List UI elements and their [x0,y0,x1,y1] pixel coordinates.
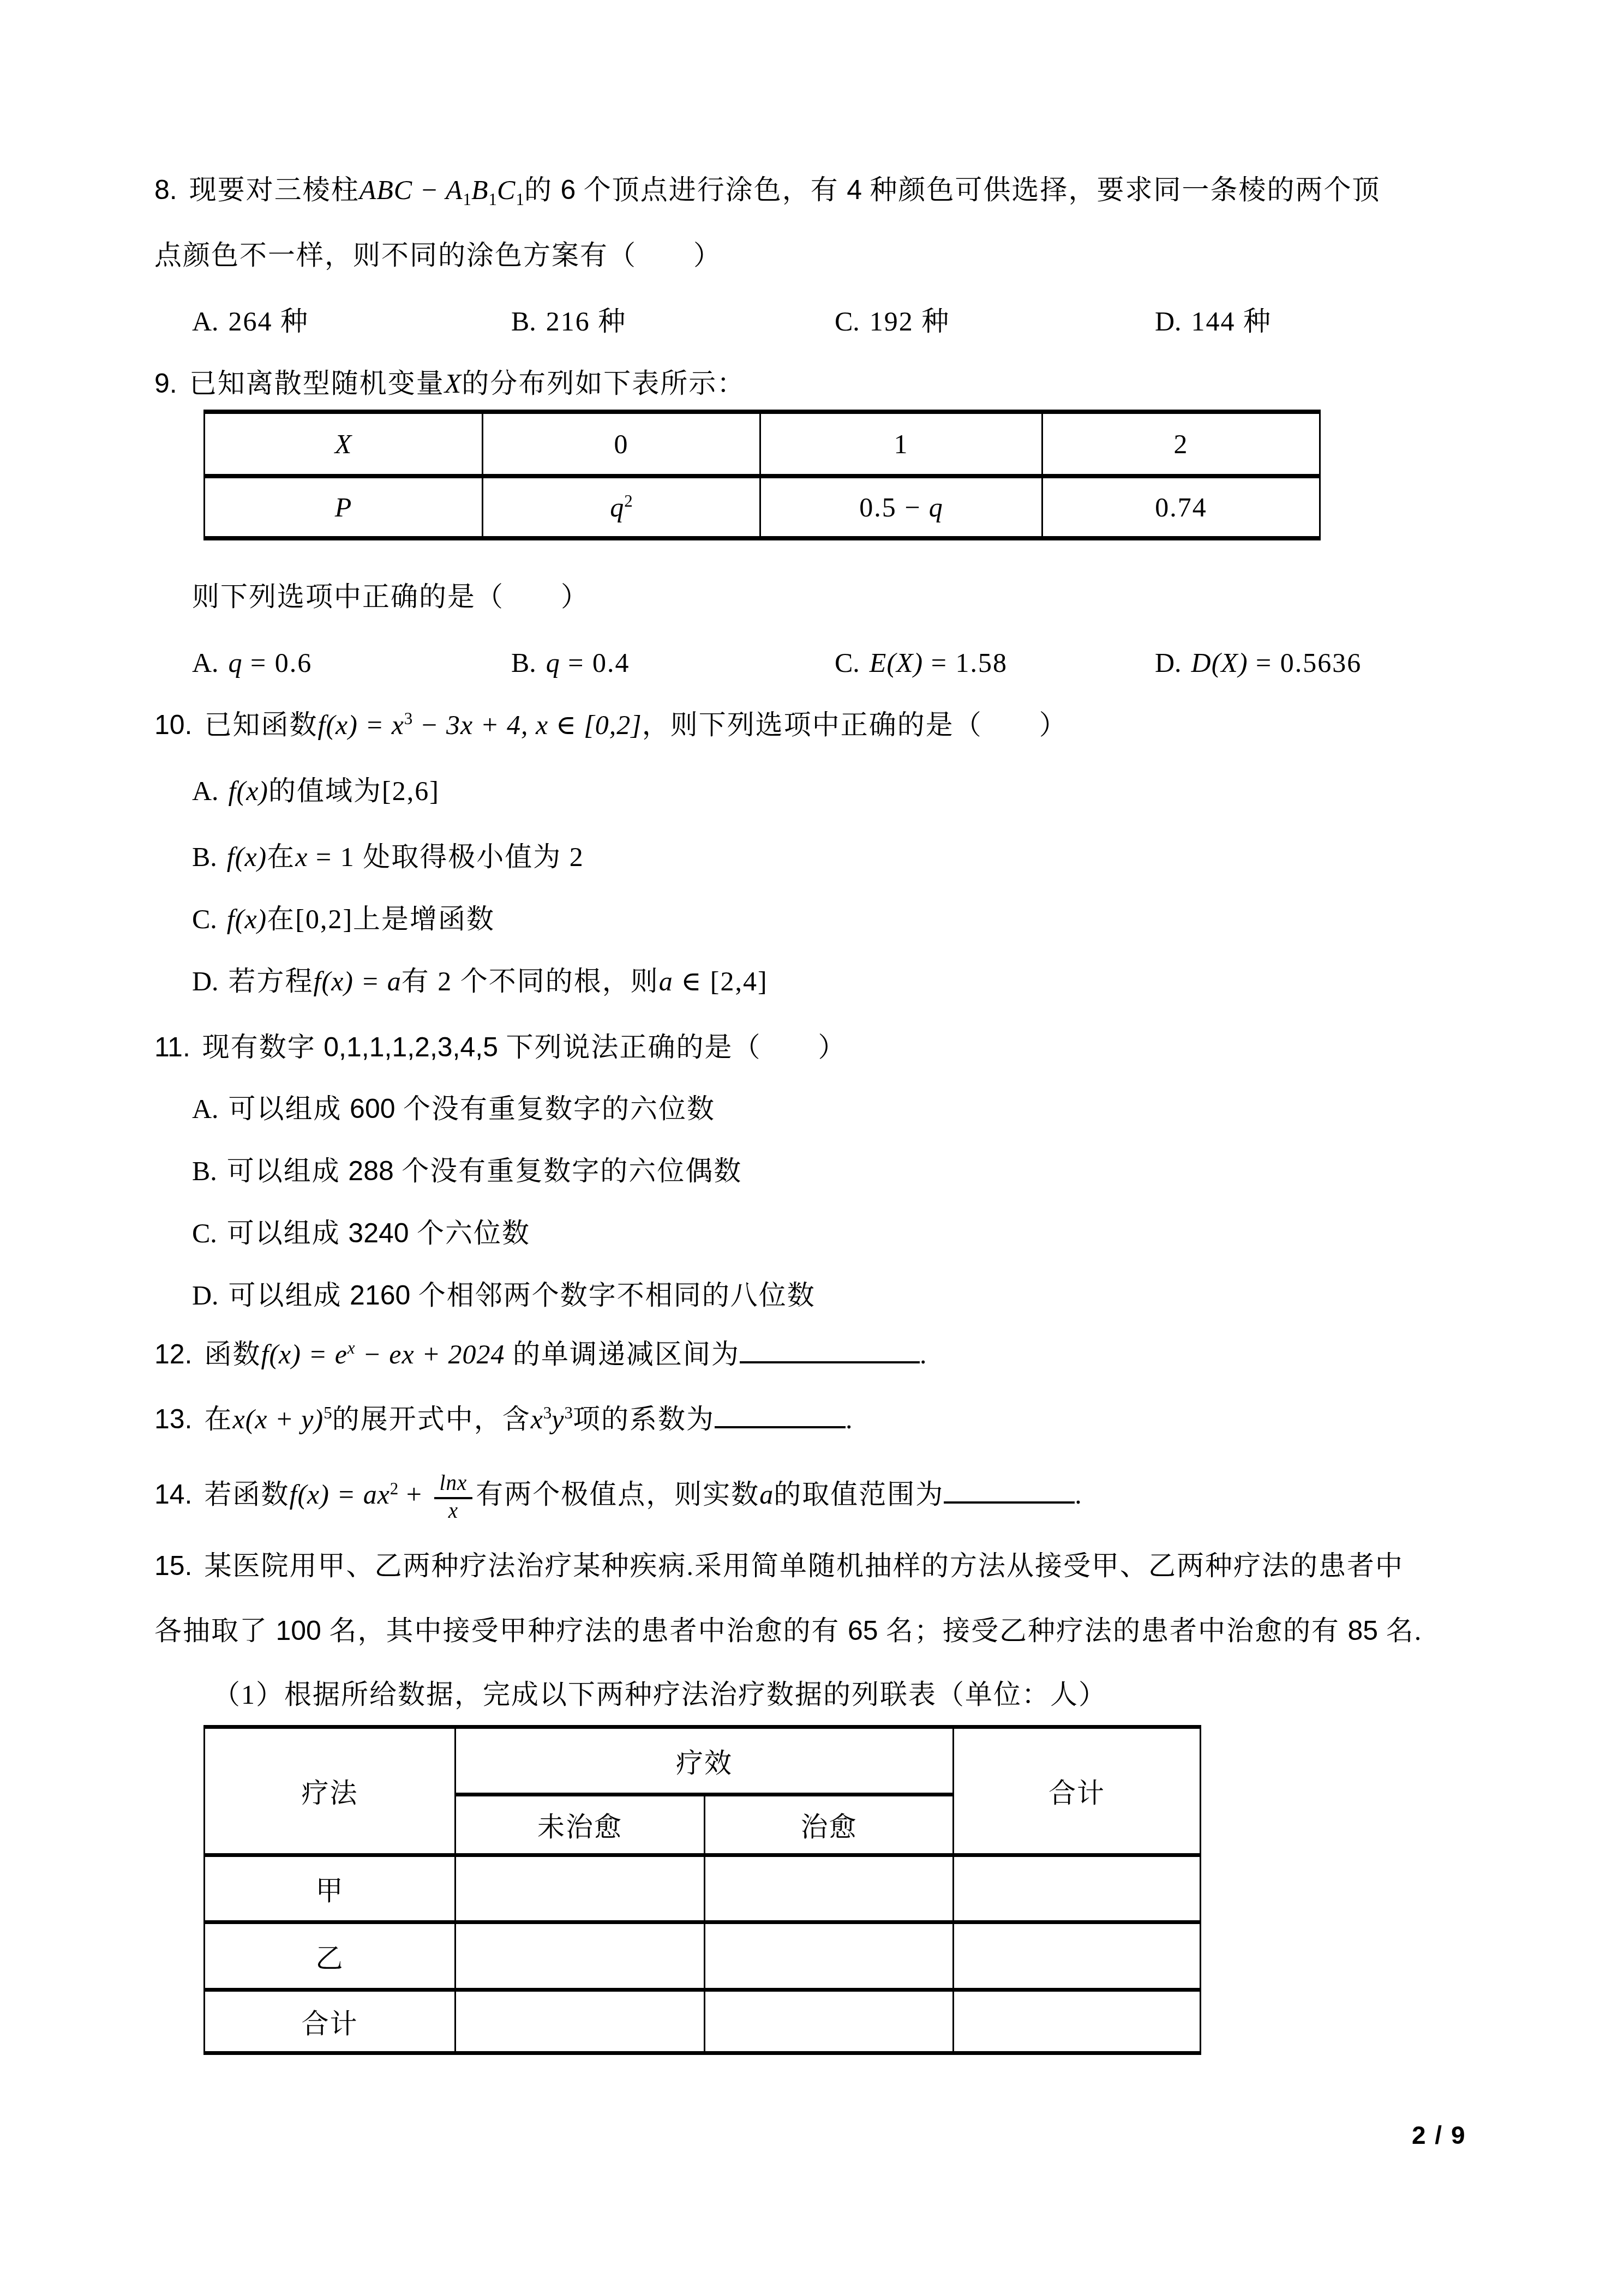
question-8-option-b: B.216 种 [511,305,626,338]
math-run: q [229,647,243,678]
math-run: q [610,492,624,522]
question-9-option-a: A.q = 0.6 [192,646,312,679]
empty-cell [456,1990,705,2053]
math-run: f(x) = ax [290,1479,390,1510]
text-run: 的值域为 [268,776,382,806]
text-run: = 1 处取得极小值为 2 [308,842,584,872]
superscript: 3 [565,1403,573,1422]
question-9-option-d: D.D(X) = 0.5636 [1155,646,1362,679]
question-10-option-d: D.若方程f(x) = a有 2 个不同的根，则a ∈ [2,4] [192,965,768,997]
text-run: . [846,1404,854,1434]
empty-cell [954,1855,1201,1922]
table-row-total: 合计 [205,1990,1201,2053]
text-run: 某医院用甲、乙两种疗法治疗某种疾病.采用简单随机抽样的方法从接受甲、乙两种疗法的… [205,1550,1404,1581]
math-run: f(x) = x [318,710,404,740]
text-run: 现要对三棱柱 [189,175,359,205]
option-label: D. [1155,306,1182,336]
answer-blank [944,1495,1075,1504]
math-run: f(x) [227,904,267,934]
option-text: = 0.6 [243,647,313,678]
text-run: 名，其中接受甲种疗法的患者中治愈的有 [321,1615,848,1646]
text-run: 项的系数为 [573,1404,715,1434]
math-run: x [531,1404,543,1434]
header-method: 疗法 [205,1727,456,1855]
number-run: 2160 [350,1280,410,1311]
text-run: 个相邻两个数字不相同的八位数 [410,1280,816,1311]
text-run: 可以组成 [227,1156,349,1186]
option-text: = 1.58 [923,647,1008,678]
question-11-option-d: D.可以组成 2160 个相邻两个数字不相同的八位数 [192,1279,816,1312]
question-15-line-1: 15.某医院用甲、乙两种疗法治疗某种疾病.采用简单随机抽样的方法从接受甲、乙两种… [154,1549,1404,1582]
math-run: q [546,647,560,678]
superscript: 3 [543,1403,552,1422]
question-9-option-b: B.q = 0.4 [511,646,630,679]
table-cell: P [205,476,483,538]
math-run: [2,6] [382,776,440,806]
table-row-yi: 乙 [205,1922,1201,1990]
text-run: 名. [1378,1615,1422,1646]
math-run: E(X) [870,647,923,678]
text-run: ∈ [2,4] [673,966,768,996]
question-11-number: 11. [154,1032,190,1062]
question-10-number: 10. [154,710,193,740]
number-run: 6 [560,175,576,205]
text-run: 个没有重复数字的六位偶数 [394,1156,742,1186]
question-8-option-a: A.264 种 [192,305,309,338]
math-run: 0.5 − [859,492,929,522]
exam-page: 8.现要对三棱柱ABC − A1B1C1的 6 个顶点进行涂色，有 4 种颜色可… [0,0,1624,2296]
option-label: D. [1155,647,1182,678]
variable-p: P [335,492,352,522]
option-label: C. [192,1218,217,1248]
question-10-option-a: A.f(x)的值域为[2,6] [192,774,440,807]
empty-cell [705,1990,954,2053]
math-run: ABC − A [359,175,463,205]
row-label-yi: 乙 [205,1922,456,1990]
math-run: x(x + y) [233,1404,324,1434]
number-run: 0,1,1,1,2,3,4,5 [323,1032,498,1062]
header-total: 合计 [954,1727,1201,1855]
option-label: A. [192,306,219,336]
answer-blank [740,1355,920,1363]
option-label: B. [511,306,536,336]
math-run: X [445,368,462,399]
number-run: 85 [1348,1615,1379,1646]
table-cell: 1 [760,412,1042,476]
text-run: 的分布列如下表所示： [462,368,745,399]
empty-cell [954,1922,1201,1990]
question-12-number: 12. [154,1339,193,1369]
math-run: a [759,1479,774,1510]
superscript: 2 [624,491,633,510]
option-label: C. [192,904,217,934]
number-run: 600 [350,1093,395,1124]
math-run: C [497,175,516,205]
text-run: 在 [205,1404,233,1434]
answer-blank [715,1420,846,1428]
text-run: 可以组成 [229,1280,350,1311]
question-10-stem: 10.已知函数f(x) = x3 − 3x + 4, x ∈ [0,2]，则下列… [154,708,1068,741]
math-run: y [552,1404,564,1434]
text-run: 已知离散型随机变量 [189,368,445,399]
math-run: q [929,492,943,522]
table-row: X 0 1 2 [205,412,1320,476]
superscript: 2 [390,1479,399,1498]
option-text: = 0.5636 [1248,647,1362,678]
fraction-numerator: lnx [434,1472,473,1499]
math-run: f(x) [229,776,268,806]
question-9-option-c: C.E(X) = 1.58 [835,646,1008,679]
text-run: 上是增函数 [353,904,495,934]
question-9-number: 9. [154,368,177,399]
option-label: A. [192,647,219,678]
option-text: 216 种 [546,306,627,336]
subscript: 1 [463,190,472,209]
table-row: P q2 0.5 − q 0.74 [205,476,1320,538]
option-label: D. [192,966,219,996]
empty-cell [705,1855,954,1922]
empty-cell [705,1922,954,1990]
table-row-jia: 甲 [205,1855,1201,1922]
question-11-option-c: C.可以组成 3240 个六位数 [192,1217,530,1249]
question-10-option-c: C.f(x)在[0,2]上是增函数 [192,903,495,935]
fraction-denominator: x [434,1499,473,1523]
math-run: [0,2] [295,904,353,934]
option-label: C. [835,647,860,678]
superscript: 3 [404,709,413,728]
option-label: B. [511,647,536,678]
text-run: 可以组成 [227,1218,349,1248]
distribution-table: X 0 1 2 P q2 0.5 − q 0.74 [203,410,1321,540]
text-run: 的取值范围为 [774,1479,944,1510]
question-13-number: 13. [154,1404,193,1434]
question-9-prompt: 则下列选项中正确的是（ ） [192,580,589,613]
fraction: lnxx [434,1472,473,1523]
text-run: 若函数 [205,1479,290,1510]
question-8-number: 8. [154,175,177,205]
option-text: 144 种 [1191,306,1272,336]
math-run: x [295,842,308,872]
superscript: x [347,1338,356,1357]
text-run: 的展开式中，含 [332,1404,531,1434]
text-run: 有两个极值点，则实数 [476,1479,759,1510]
text-run: 个六位数 [409,1218,531,1248]
math-run: − ex + 2024 [356,1339,505,1369]
option-label: A. [192,1093,219,1124]
number-run: 4 [847,175,862,205]
number-run: 3240 [348,1218,409,1248]
number-run: 100 [276,1615,321,1646]
row-label-total: 合计 [205,1990,456,2053]
text-run: 可以组成 [229,1093,350,1124]
question-11-option-b: B.可以组成 288 个没有重复数字的六位偶数 [192,1155,742,1187]
variable-x: X [335,429,352,459]
math-run: f(x) [227,842,267,872]
text-run: 种颜色可供选择，要求同一条棱的两个顶 [862,175,1381,205]
question-11-option-a: A.可以组成 600 个没有重复数字的六位数 [192,1092,715,1125]
math-run: − 3x + 4, x ∈ [0,2] [412,710,642,740]
table-cell: X [205,412,483,476]
text-run: 在 [267,842,295,872]
text-run: 现有数字 [202,1032,324,1062]
text-run: . [1075,1479,1083,1510]
question-14: 14.若函数f(x) = ax2 + lnxx有两个极值点，则实数a的取值范围为… [154,1472,1083,1523]
text-run: 有 2 个不同的根，则 [401,966,659,996]
text-run: 个没有重复数字的六位数 [395,1093,716,1124]
question-14-number: 14. [154,1479,193,1510]
question-8-line-1: 8.现要对三棱柱ABC − A1B1C1的 6 个顶点进行涂色，有 4 种颜色可… [154,173,1381,209]
empty-cell [456,1922,705,1990]
math-run: f(x) = a [314,966,401,996]
empty-cell [954,1990,1201,2053]
contingency-table: 疗法 疗效 合计 未治愈 治愈 甲 乙 合计 [203,1725,1201,2055]
header-cured: 治愈 [705,1795,954,1855]
option-text: 264 种 [229,306,309,336]
text-run: 名；接受乙种疗法的患者中治愈的有 [878,1615,1348,1646]
text-run: ，则下列选项中正确的是（ ） [642,710,1068,740]
superscript: 5 [323,1403,332,1422]
question-13: 13.在x(x + y)5的展开式中，含x3y3项的系数为. [154,1403,854,1435]
math-run: B [471,175,489,205]
table-cell: 0.5 − q [760,476,1042,538]
question-10-option-b: B.f(x)在x = 1 处取得极小值为 2 [192,840,584,873]
header-not-cured: 未治愈 [456,1795,705,1855]
row-label-jia: 甲 [205,1855,456,1922]
number-run: 65 [848,1615,878,1646]
text-run: 若方程 [229,966,314,996]
question-9-stem: 9.已知离散型随机变量X的分布列如下表所示： [154,367,745,400]
table-cell: q2 [483,476,760,538]
table-header-row: 疗法 疗效 合计 [205,1727,1201,1795]
text-run: 各抽取了 [154,1615,276,1646]
option-label: D. [192,1280,219,1311]
question-8-line-2: 点颜色不一样，则不同的涂色方案有（ ） [154,239,722,272]
text-run: 函数 [205,1339,261,1369]
text-run: 个顶点进行涂色，有 [576,175,847,205]
text-run: 下列说法正确的是（ ） [498,1032,847,1062]
option-label: B. [192,1156,217,1186]
text-run: 已知函数 [205,710,318,740]
option-text: 192 种 [870,306,950,336]
text-run: 的 [524,175,561,205]
option-label: A. [192,776,219,806]
page-number: 2 / 9 [1412,2120,1466,2150]
question-11-stem: 11.现有数字 0,1,1,1,2,3,4,5 下列说法正确的是（ ） [154,1031,847,1063]
text-run: 在 [267,904,295,934]
table-cell: 2 [1042,412,1320,476]
table-cell: 0.74 [1042,476,1320,538]
number-run: 288 [348,1156,393,1186]
text-run: . [920,1339,928,1369]
question-12: 12.函数f(x) = ex − ex + 2024 的单调递减区间为. [154,1338,927,1371]
table-cell: 0 [483,412,760,476]
question-8-option-c: C.192 种 [835,305,950,338]
subscript: 1 [516,190,524,209]
math-run: f(x) = e [261,1339,347,1369]
math-run: + [398,1479,430,1510]
question-8-option-d: D.144 种 [1155,305,1272,338]
text-run: 的单调递减区间为 [505,1339,740,1369]
question-15-number: 15. [154,1550,193,1581]
option-label: B. [192,842,217,872]
option-label: C. [835,306,860,336]
question-15-part-1: （1）根据所给数据，完成以下两种疗法治疗数据的列联表（单位：人） [213,1678,1107,1711]
question-15-line-2: 各抽取了 100 名，其中接受甲种疗法的患者中治愈的有 65 名；接受乙种疗法的… [154,1614,1422,1647]
option-text: = 0.4 [560,647,630,678]
subscript: 1 [489,190,498,209]
empty-cell [456,1855,705,1922]
math-run: D(X) [1191,647,1248,678]
header-effect: 疗效 [456,1727,954,1795]
math-run: a [659,966,673,996]
